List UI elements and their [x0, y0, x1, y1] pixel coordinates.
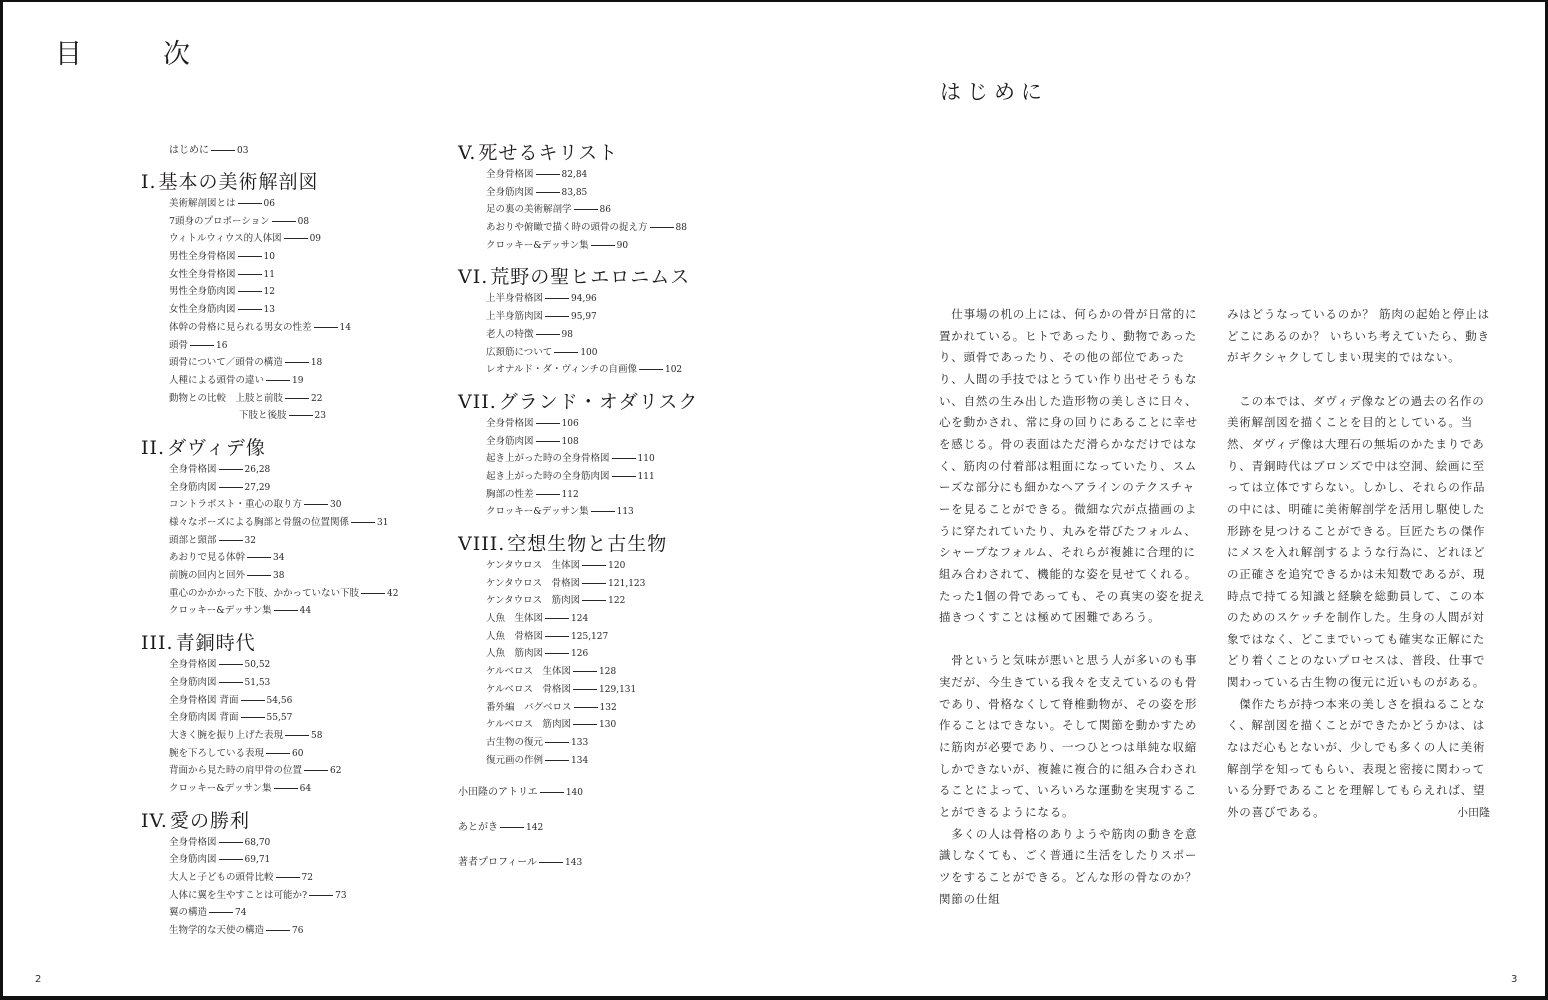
- toc-entry-page: 122: [608, 596, 625, 606]
- toc-entry-label: 著者プロフィール: [458, 857, 537, 868]
- toc-entry-page: 143: [565, 858, 582, 868]
- toc-entry-page: 03: [237, 146, 248, 156]
- toc-entry[interactable]: 全身骨格図82,84: [458, 166, 698, 184]
- toc-entry-label: 翼の構造: [169, 907, 207, 918]
- leader-line: [574, 707, 598, 708]
- toc-entry-label: ケルベロス 筋肉図: [486, 719, 571, 730]
- author-signature: 小田隆: [1457, 804, 1490, 820]
- toc-entry-label: 全身筋肉図: [486, 187, 534, 198]
- toc-entry[interactable]: 全身骨格図 背面54,56: [141, 692, 398, 710]
- paragraph-gap: [1227, 369, 1495, 391]
- toc-entry[interactable]: 人種による頭骨の違い19: [141, 372, 398, 390]
- toc-entry-label: 人体に翼を生やすことは可能か?: [169, 890, 307, 901]
- toc-entry-page: 83,85: [562, 188, 588, 198]
- toc-entry-label: 体幹の骨格に見られる男女の性差: [169, 322, 312, 333]
- leader-line: [274, 788, 298, 789]
- toc-entry[interactable]: クロッキー&デッサン集64: [141, 780, 398, 798]
- toc-entry-page: 55,57: [267, 713, 293, 723]
- toc-entry-page: 19: [292, 376, 303, 386]
- toc-entry-page: 34: [273, 553, 284, 563]
- toc-entry-page: 86: [600, 205, 611, 215]
- toc-entry[interactable]: 体幹の骨格に見られる男女の性差14: [141, 319, 398, 337]
- toc-entry[interactable]: あおりや俯瞰で描く時の頭骨の捉え方88: [458, 219, 698, 237]
- chapter-numeral: II.: [141, 435, 165, 461]
- leader-line: [247, 575, 271, 576]
- toc-entry-page: 54,56: [267, 696, 293, 706]
- toc-entry[interactable]: 全身筋肉図51,53: [141, 674, 398, 692]
- leader-line: [351, 522, 375, 523]
- toc-entry[interactable]: ケンタウロス 筋肉図122: [458, 592, 698, 610]
- toc-appendix-entry[interactable]: 著者プロフィール143: [458, 853, 698, 873]
- toc-entry-page: 124: [571, 614, 588, 624]
- intro-paragraph: 仕事場の机の上には、何らかの骨が日常的に置かれている。ヒトであったり、動物であっ…: [939, 304, 1207, 629]
- toc-entry-label: 全身骨格図: [169, 837, 217, 848]
- chapter-numeral: VI.: [458, 264, 488, 290]
- toc-entry[interactable]: 人魚 生体図124: [458, 610, 698, 628]
- toc-entry[interactable]: クロッキー&デッサン集44: [141, 602, 398, 620]
- toc-entry-label: 全身筋肉図: [169, 677, 217, 688]
- toc-entry-label: 全身骨格図: [486, 169, 534, 180]
- toc-entry[interactable]: 胸部の性差112: [458, 486, 698, 504]
- toc-entry-label: クロッキー&デッサン集: [169, 783, 272, 794]
- leader-line: [238, 274, 262, 275]
- leader-line: [219, 540, 243, 541]
- toc-entry-page: 121,123: [608, 579, 645, 589]
- toc-entry-label: あおりで見る体幹: [169, 552, 245, 563]
- toc-column-2: V.死せるキリスト全身骨格図82,84全身筋肉図83,85足の裏の美術解剖学86…: [458, 140, 698, 873]
- intro-body-column-1: 仕事場の机の上には、何らかの骨が日常的に置かれている。ヒトであったり、動物であっ…: [939, 304, 1207, 910]
- chapter-numeral: VII.: [458, 389, 497, 415]
- leader-line: [573, 724, 597, 725]
- toc-entry-page: 58: [311, 731, 322, 741]
- toc-entry-label: 生物学的な天使の構造: [169, 925, 264, 936]
- leader-line: [591, 245, 615, 246]
- leader-line: [554, 352, 578, 353]
- toc-entry[interactable]: 大人と子どもの頭骨比較72: [141, 869, 398, 887]
- toc-entry[interactable]: クロッキー&デッサン集113: [458, 503, 698, 521]
- toc-entry-label: 女性全身骨格図: [169, 269, 236, 280]
- toc-entry-label: 足の裏の美術解剖学: [486, 204, 572, 215]
- leader-line: [545, 760, 569, 761]
- toc-entry-page: 108: [562, 437, 579, 447]
- toc-entry-page: 128: [599, 667, 616, 677]
- toc-entry-page: 38: [273, 571, 284, 581]
- toc-entry-label: 頭骨: [169, 340, 188, 351]
- leader-line: [285, 735, 309, 736]
- toc-entry-label: 全身骨格図: [169, 464, 217, 475]
- toc-entry[interactable]: 古生物の復元133: [458, 734, 698, 752]
- toc-entry-label: 人魚 生体図: [486, 613, 543, 624]
- toc-entry-page: 110: [638, 454, 655, 464]
- leader-line: [289, 415, 313, 416]
- toc-entry-label: 全身骨格図: [486, 418, 534, 429]
- toc-entry[interactable]: 全身筋肉図 背面55,57: [141, 709, 398, 727]
- toc-entry-page: 126: [571, 649, 588, 659]
- toc-entry[interactable]: 背面から見た時の肩甲骨の位置62: [141, 762, 398, 780]
- toc-entry[interactable]: レオナルド・ダ・ヴィンチの自画像102: [458, 361, 698, 379]
- chapter-title: 基本の美術解剖図: [159, 171, 319, 193]
- leader-line: [545, 636, 569, 637]
- toc-entry-page: 12: [264, 287, 275, 297]
- toc-entry[interactable]: 頭部と頸部32: [141, 532, 398, 550]
- toc-entry[interactable]: 番外編 バグベロス132: [458, 699, 698, 717]
- toc-entry-page: 73: [335, 891, 346, 901]
- toc-entry-page: 142: [526, 823, 543, 833]
- toc-entry-label: ケンタウロス 筋肉図: [486, 595, 580, 606]
- toc-entry-label: 女性全身筋肉図: [169, 304, 236, 315]
- toc-entry[interactable]: ケルベロス 筋肉図130: [458, 716, 698, 734]
- leader-line: [536, 174, 560, 175]
- toc-entry[interactable]: 老人の特徴98: [458, 326, 698, 344]
- toc-entry-page: 72: [302, 873, 313, 883]
- intro-paragraph: みはどうなっているのか？ 筋肉の起始と停止はどこにあるのか？ いちいち考えていた…: [1227, 304, 1495, 369]
- toc-title: 目 次: [55, 32, 217, 71]
- leader-line: [639, 369, 663, 370]
- toc-entry-page: 16: [216, 341, 227, 351]
- toc-entry[interactable]: 足の裏の美術解剖学86: [458, 201, 698, 219]
- intro-paragraph: 骨というと気味が悪いと思う人が多いのも事実だが、今生きている我々を支えているのも…: [939, 650, 1207, 823]
- toc-entry-label: 全身筋肉図 背面: [169, 712, 239, 723]
- leader-line: [209, 912, 233, 913]
- toc-entry[interactable]: ウィトルウィウス的人体図09: [141, 230, 398, 248]
- toc-entry-page: 62: [330, 766, 341, 776]
- page-number-left: 2: [35, 974, 41, 985]
- toc-entry[interactable]: 人体に翼を生やすことは可能か?73: [141, 887, 398, 905]
- chapter-heading[interactable]: I.基本の美術解剖図: [141, 169, 398, 195]
- chapter-title: 荒野の聖ヒエロニムス: [490, 266, 690, 288]
- leader-line: [582, 600, 606, 601]
- toc-entry-page: 125,127: [571, 632, 608, 642]
- toc-entry[interactable]: 7頭身のプロポーション08: [141, 213, 398, 231]
- toc-entry-page: 06: [264, 199, 275, 209]
- leader-line: [285, 362, 309, 363]
- toc-entry-page: 129,131: [599, 685, 636, 695]
- leader-line: [536, 192, 560, 193]
- leader-line: [219, 469, 243, 470]
- toc-entry[interactable]: 全身筋肉図69,71: [141, 851, 398, 869]
- toc-entry-page: 102: [665, 365, 682, 375]
- leader-line: [309, 895, 333, 896]
- toc-entry-page: 08: [298, 217, 309, 227]
- toc-entry-label: 復元画の作例: [486, 755, 543, 766]
- toc-entry[interactable]: ケルベロス 生体図128: [458, 663, 698, 681]
- toc-entry[interactable]: 腕を下ろしている表現60: [141, 745, 398, 763]
- leader-line: [314, 327, 338, 328]
- leader-line: [536, 494, 560, 495]
- leader-line: [274, 610, 298, 611]
- leader-line: [361, 593, 385, 594]
- toc-entry-label: 全身骨格図: [169, 659, 217, 670]
- toc-entry-page: 64: [300, 784, 311, 794]
- toc-entry-label: 前腕の回内と回外: [169, 570, 245, 581]
- leader-line: [238, 203, 262, 204]
- toc-entry-page: 31: [377, 518, 388, 528]
- toc-entry-label: 背面から見た時の肩甲骨の位置: [169, 765, 302, 776]
- toc-entry[interactable]: 人魚 骨格図125,127: [458, 628, 698, 646]
- toc-entry-label: 起き上がった時の全身骨格図: [486, 453, 610, 464]
- toc-entry[interactable]: 全身筋肉図83,85: [458, 184, 698, 202]
- toc-entry-page: 69,71: [245, 855, 271, 865]
- leader-line: [536, 334, 560, 335]
- leader-line: [219, 487, 243, 488]
- toc-entry-label: クロッキー&デッサン集: [486, 240, 589, 251]
- toc-entry[interactable]: コントラポスト・重心の取り方30: [141, 496, 398, 514]
- toc-entry[interactable]: 起き上がった時の全身筋肉図111: [458, 468, 698, 486]
- paragraph-gap: [939, 629, 1207, 651]
- toc-entry-label: 様々なポーズによる胸部と骨盤の位置関係: [169, 517, 349, 528]
- toc-entry[interactable]: 頭骨16: [141, 337, 398, 355]
- toc-entry-label: 広頚筋について: [486, 347, 552, 358]
- leader-line: [545, 653, 569, 654]
- toc-entry-label: 起き上がった時の全身筋肉図: [486, 471, 610, 482]
- toc-entry-label: 下肢と後肢: [239, 410, 287, 421]
- leader-line: [582, 583, 606, 584]
- toc-entry-page: 50,52: [245, 660, 271, 670]
- toc-entry-page: 88: [676, 223, 687, 233]
- leader-line: [247, 557, 271, 558]
- leader-line: [612, 458, 636, 459]
- leader-line: [219, 859, 243, 860]
- leader-line: [500, 827, 524, 828]
- toc-entry[interactable]: 女性全身骨格図11: [141, 266, 398, 284]
- toc-entry-page: 130: [599, 720, 616, 730]
- intro-body-column-2: みはどうなっているのか？ 筋肉の起始と停止はどこにあるのか？ いちいち考えていた…: [1227, 304, 1495, 824]
- toc-entry-page: 13: [264, 305, 275, 315]
- toc-entry-label: あとがき: [458, 822, 498, 833]
- leader-line: [241, 717, 265, 718]
- toc-entry[interactable]: 全身骨格図26,28: [141, 461, 398, 479]
- toc-entry-page: 11: [264, 270, 275, 280]
- leader-line: [284, 238, 308, 239]
- toc-entry[interactable]: 全身筋肉図108: [458, 433, 698, 451]
- toc-entry-page: 132: [600, 703, 617, 713]
- toc-entry-label: コントラポスト・重心の取り方: [169, 499, 302, 510]
- leader-line: [219, 664, 243, 665]
- toc-entry-page: 98: [562, 330, 573, 340]
- toc-entry-label: 動物との比較 上肢と前肢: [169, 393, 283, 404]
- leader-line: [266, 930, 290, 931]
- toc-entry-page: 140: [566, 788, 583, 798]
- toc-entry-label: 腕を下ろしている表現: [169, 748, 264, 759]
- toc-entry-label: 老人の特徴: [486, 329, 534, 340]
- chapter-numeral: III.: [141, 630, 174, 656]
- toc-entry-label: ウィトルウィウス的人体図: [169, 233, 282, 244]
- chapter-title: 死せるキリスト: [478, 142, 618, 164]
- chapter-title: 青銅時代: [176, 632, 256, 654]
- toc-entry-label: 古生物の復元: [486, 737, 543, 748]
- chapter-numeral: VIII.: [458, 531, 505, 557]
- toc-entry[interactable]: 頭骨について／頭骨の構造18: [141, 354, 398, 372]
- leader-line: [190, 345, 214, 346]
- leader-line: [238, 256, 262, 257]
- toc-entry-label: 重心のかかかった下肢、かかっていない下肢: [169, 588, 359, 599]
- toc-entry-label: 人魚 骨格図: [486, 631, 543, 642]
- chapter-title: ダヴィデ像: [167, 437, 266, 459]
- toc-entry[interactable]: 重心のかかかった下肢、かかっていない下肢42: [141, 585, 398, 603]
- toc-entry-page: 134: [571, 756, 588, 766]
- chapter-heading[interactable]: III.青銅時代: [141, 630, 398, 656]
- toc-entry-label: 全身筋肉図: [169, 482, 217, 493]
- chapter-numeral: V.: [458, 140, 476, 166]
- leader-line: [536, 441, 560, 442]
- toc-entry-label: 美術解剖図とは: [169, 198, 236, 209]
- leader-line: [304, 770, 328, 771]
- toc-entry[interactable]: 美術解剖図とは06: [141, 195, 398, 213]
- toc-entry-page: 51,53: [245, 678, 271, 688]
- leader-line: [219, 842, 243, 843]
- leader-line: [266, 380, 290, 381]
- chapter-title: 愛の勝利: [170, 810, 250, 832]
- toc-entry-label: 全身筋肉図: [169, 854, 217, 865]
- toc-entry-label: 人種による頭骨の違い: [169, 375, 264, 386]
- toc-entry[interactable]: 復元画の作例134: [458, 752, 698, 770]
- toc-entry-label: 小田隆のアトリエ: [458, 787, 538, 798]
- toc-entry[interactable]: 全身骨格図50,52: [141, 656, 398, 674]
- chapter-heading[interactable]: IV.愛の勝利: [141, 808, 398, 834]
- chapter-heading[interactable]: V.死せるキリスト: [458, 140, 698, 166]
- chapter-heading[interactable]: VI.荒野の聖ヒエロニムス: [458, 264, 698, 290]
- toc-entry-page: 82,84: [562, 170, 588, 180]
- leader-line: [573, 671, 597, 672]
- toc-entry-page: 95,97: [571, 312, 597, 322]
- toc-entry-label: クロッキー&デッサン集: [486, 506, 589, 517]
- chapter-heading[interactable]: II.ダヴィデ像: [141, 435, 398, 461]
- toc-entry-page: 113: [617, 507, 634, 517]
- chapter-heading[interactable]: VII.グランド・オダリスク: [458, 389, 698, 415]
- toc-entry-label: ケルベロス 骨格図: [486, 684, 571, 695]
- toc-entry-label: 人魚 筋肉図: [486, 648, 543, 659]
- chapter-title: 空想生物と古生物: [507, 533, 667, 555]
- toc-entry[interactable]: 広頚筋について100: [458, 344, 698, 362]
- toc-entry-label: クロッキー&デッサン集: [169, 605, 272, 616]
- toc-entry-page: 09: [310, 234, 321, 244]
- toc-entry-page: 133: [571, 738, 588, 748]
- leader-line: [272, 221, 296, 222]
- toc-entry-label: 大きく腕を振り上げた表現: [169, 730, 283, 741]
- toc-entry[interactable]: 男性全身筋肉図12: [141, 283, 398, 301]
- toc-entry-page: 100: [580, 348, 597, 358]
- toc-entry-page: 111: [638, 472, 655, 482]
- toc-entry[interactable]: 人魚 筋肉図126: [458, 645, 698, 663]
- toc-entry-page: 27,29: [245, 483, 271, 493]
- book-spread: 目 次 はじめに03 I.基本の美術解剖図美術解剖図とは067頭身のプロポーショ…: [0, 0, 1548, 1000]
- toc-entry-label: ケンタウロス 骨格図: [486, 578, 580, 589]
- toc-entry[interactable]: 前腕の回内と回外38: [141, 567, 398, 585]
- leader-line: [539, 862, 563, 863]
- leader-line: [582, 565, 606, 566]
- toc-entry-label: 頭骨について／頭骨の構造: [169, 357, 283, 368]
- toc-entry[interactable]: 下肢と後肢23: [141, 407, 398, 425]
- leader-line: [591, 511, 615, 512]
- toc-entry-page: 10: [264, 252, 275, 262]
- intro-paragraph: 多くの人は骨格のありようや筋肉の動きを意識しなくても、ごく普通に生活をしたりスポ…: [939, 824, 1207, 911]
- leader-line: [238, 291, 262, 292]
- toc-entry[interactable]: 全身骨格図106: [458, 415, 698, 433]
- intro-title: はじめに: [940, 76, 1048, 106]
- toc-entry-page: 94,96: [571, 294, 597, 304]
- toc-entry[interactable]: 起き上がった時の全身骨格図110: [458, 450, 698, 468]
- toc-appendix-entry[interactable]: 小田隆のアトリエ140: [458, 783, 698, 803]
- toc-entry[interactable]: ケルベロス 骨格図129,131: [458, 681, 698, 699]
- toc-entry[interactable]: 大きく腕を振り上げた表現58: [141, 727, 398, 745]
- toc-entry-page: 22: [311, 394, 322, 404]
- toc-entry-label: あおりや俯瞰で描く時の頭骨の捉え方: [486, 222, 648, 233]
- toc-entry-page: 32: [245, 536, 256, 546]
- toc-entry[interactable]: 上半身骨格図94,96: [458, 290, 698, 308]
- leader-line: [545, 316, 569, 317]
- leader-line: [545, 298, 569, 299]
- toc-entry-page: 14: [340, 323, 351, 333]
- toc-entry[interactable]: あおりで見る体幹34: [141, 549, 398, 567]
- toc-entry-label: レオナルド・ダ・ヴィンチの自画像: [486, 364, 637, 375]
- toc-entry-label: 男性全身骨格図: [169, 251, 236, 262]
- toc-entry[interactable]: 翼の構造74: [141, 904, 398, 922]
- intro-paragraph: 傑作たちが持つ本来の美しさを損ねることなく、解剖図を描くことができたかどうかは、…: [1227, 694, 1495, 824]
- leader-line: [266, 753, 290, 754]
- toc-entry[interactable]: 上半身筋肉図95,97: [458, 308, 698, 326]
- leader-line: [241, 700, 265, 701]
- toc-entry-label: ケルベロス 生体図: [486, 666, 571, 677]
- leader-line: [612, 476, 636, 477]
- leader-line: [545, 618, 569, 619]
- toc-entry[interactable]: クロッキー&デッサン集90: [458, 237, 698, 255]
- toc-entry-page: 76: [292, 926, 303, 936]
- toc-entry-label: はじめに: [169, 145, 209, 156]
- toc-entry[interactable]: ケンタウロス 生体図120: [458, 557, 698, 575]
- toc-entry[interactable]: 全身骨格図68,70: [141, 834, 398, 852]
- toc-entry[interactable]: 動物との比較 上肢と前肢22: [141, 390, 398, 408]
- toc-entry-label: 胸部の性差: [486, 489, 534, 500]
- toc-entry-page: 74: [235, 908, 246, 918]
- toc-entry-label: 男性全身筋肉図: [169, 286, 236, 297]
- leader-line: [276, 877, 300, 878]
- toc-entry-label: 番外編 バグベロス: [486, 702, 572, 713]
- leader-line: [238, 309, 262, 310]
- toc-entry-page: 90: [617, 241, 628, 251]
- leader-line: [285, 398, 309, 399]
- toc-entry-page: 106: [562, 419, 579, 429]
- toc-entry[interactable]: 男性全身骨格図10: [141, 248, 398, 266]
- toc-entry-page: 26,28: [245, 465, 271, 475]
- toc-entry[interactable]: 全身筋肉図27,29: [141, 479, 398, 497]
- toc-entry[interactable]: 生物学的な天使の構造76: [141, 922, 398, 940]
- toc-entry[interactable]: 様々なポーズによる胸部と骨盤の位置関係31: [141, 514, 398, 532]
- toc-entry-page: 60: [292, 749, 303, 759]
- chapter-heading[interactable]: VIII.空想生物と古生物: [458, 531, 698, 557]
- leader-line: [211, 150, 235, 151]
- leader-line: [650, 227, 674, 228]
- toc-entry-label: ケンタウロス 生体図: [486, 560, 580, 571]
- intro-paragraph: この本では、ダヴィデ像などの過去の名作の美術解剖図を描くことを目的としている。当…: [1227, 391, 1495, 694]
- toc-entry-label: 全身筋肉図: [486, 436, 534, 447]
- toc-appendix-entry[interactable]: あとがき142: [458, 818, 698, 838]
- toc-entry-label: 上半身骨格図: [486, 293, 543, 304]
- toc-entry-page: 68,70: [245, 838, 271, 848]
- toc-entry[interactable]: 女性全身筋肉図13: [141, 301, 398, 319]
- toc-entry-label: 大人と子どもの頭骨比較: [169, 872, 274, 883]
- leader-line: [536, 423, 560, 424]
- toc-entry-intro[interactable]: はじめに03: [141, 141, 398, 161]
- chapter-title: グランド・オダリスク: [499, 391, 699, 413]
- toc-entry-page: 112: [562, 490, 579, 500]
- leader-line: [573, 689, 597, 690]
- toc-entry-label: 7頭身のプロポーション: [169, 216, 270, 227]
- toc-entry-label: 全身骨格図 背面: [169, 695, 239, 706]
- page-number-right: 3: [1511, 974, 1517, 985]
- leader-line: [540, 792, 564, 793]
- toc-entry[interactable]: ケンタウロス 骨格図121,123: [458, 575, 698, 593]
- leader-line: [574, 209, 598, 210]
